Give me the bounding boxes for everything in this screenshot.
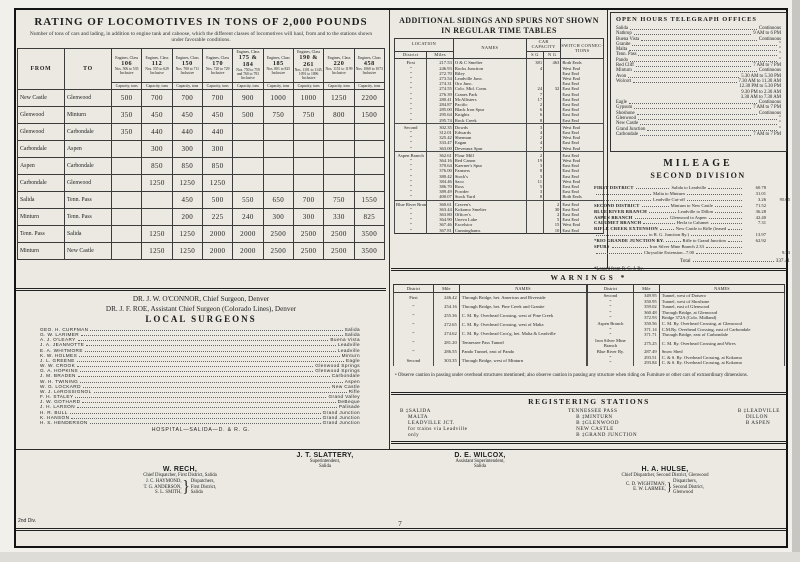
warning-name: C. M. Ry. Overhead Crossing, west of Mal… (459, 320, 586, 329)
capacity-cell: 300 (172, 140, 202, 157)
telegraph-entry: Carbondale7 AM to 7 PM (616, 132, 781, 137)
dispatchers-second: C. D. WIGHTMAN,E. W. LARMEE,}Dispatchers… (545, 479, 785, 496)
warning-mile: 255.36 (433, 311, 459, 320)
siding-row: Aspen Branch362.61Flour Mill2East End (395, 151, 604, 158)
office-hours: 7.30 AM to 11.30 AM12.30 PM to 5.30 PM9.… (739, 79, 781, 100)
capacity-cell: 700 (202, 89, 232, 106)
siding-cell: 381 (526, 59, 543, 66)
siding-cell (544, 123, 561, 130)
station-name: Wolcott (616, 79, 631, 84)
station-cell: Salida (65, 225, 112, 242)
siding-row: Second302.35Dowds3West End (395, 123, 604, 130)
loco-row: GlenwoodCarbondale350440440440 (18, 123, 385, 140)
capacity-cell (324, 157, 354, 174)
station-cell: Carbondale (65, 123, 112, 140)
siding-cell: Dowds (453, 123, 526, 130)
warning-district: ” (394, 330, 434, 339)
registering-bottom-rule (391, 441, 787, 444)
siding-cell: Both Ends (561, 59, 604, 66)
siding-cell: 367.81 (427, 228, 453, 234)
siding-district: ” (395, 228, 427, 234)
chief-dispatcher-second-name: H. A. HULSE, (545, 466, 785, 473)
asst-superintendent-place: Salida (400, 464, 560, 469)
capacity-cell: 700 (142, 89, 172, 106)
capacity-cell (354, 123, 384, 140)
engine-class-header: Engines, Class112Nos. 555 to 629 Inclusi… (142, 49, 172, 83)
capacity-cell: 450 (142, 106, 172, 123)
capacity-cell (293, 174, 323, 191)
capacity-subheader: Capacity, tons (293, 82, 323, 89)
engine-class-number: 106 (112, 60, 141, 67)
siding-row: ”367.81Cunninghams10East End (395, 228, 604, 234)
registering-station: only (400, 432, 467, 438)
capacity-cell: 500 (202, 191, 232, 208)
registering-station: B ‡GRAND JUNCTION (568, 432, 637, 438)
warning-row: ”272.65C. M. Ry. Overhead Crossing, west… (394, 320, 587, 329)
registering-col1: B ‡SALIDAMALTALEADVILLE JCT.for trains v… (400, 408, 467, 438)
capacity-cell: 500 (233, 106, 263, 123)
capacity-cell: 2500 (263, 225, 293, 242)
capacity-cell: 2000 (202, 225, 232, 242)
engine-numbers: Nos. 1151 to 1199 Inclusive (324, 67, 353, 75)
chief-dispatcher-first-name: W. RECH, (70, 466, 290, 473)
scan-edge-bottom (0, 552, 800, 562)
mileage-total-value: 337.41 (776, 258, 790, 264)
capacity-cell: 300 (293, 208, 323, 225)
capacity-cell: 800 (324, 106, 354, 123)
warn-mile-header: Mile (433, 285, 459, 293)
warning-name: C. M. Ry. Overhead Crossing, west of Pin… (459, 311, 586, 320)
local-surgeons-title: LOCAL SURGEONS (20, 314, 382, 324)
siding-cell: 2 (544, 200, 561, 207)
warning-district: ” (394, 311, 434, 320)
capacity-cell: 2500 (293, 225, 323, 242)
capacity-cell (112, 191, 142, 208)
warn-district-header: District (588, 285, 634, 293)
station-cell: New Castle (18, 89, 65, 106)
capacity-subheader: Capacity, tons (354, 82, 384, 89)
capacity-cell: 500 (112, 89, 142, 106)
capacity-cell: 225 (202, 208, 232, 225)
warning-mile: 254.16 (433, 302, 459, 311)
capacity-cell (112, 242, 142, 259)
capacity-subheader: Capacity, tons (324, 82, 354, 89)
capacity-cell: 750 (293, 106, 323, 123)
engine-numbers: Nos. 1101 to 1145, 1091 to 1096 Inclusiv… (294, 68, 323, 81)
capacity-cell (263, 174, 293, 191)
siding-cell: 2 (526, 151, 543, 158)
capacity-cell (324, 140, 354, 157)
engine-class-header: Engines, Class175 & 184Nos. 750 to 759 a… (233, 49, 263, 83)
mileage-title: MILEAGE (608, 158, 788, 169)
warning-name: Through Bridge, west of Minturn (459, 357, 586, 366)
siding-cell: 10 (544, 228, 561, 234)
warning-row: ”286.55Pando Tunnel, east of Pando (394, 348, 587, 357)
capacity-cell: 2000 (202, 242, 232, 259)
capacity-cell: 2500 (324, 225, 354, 242)
warning-district: Iron Silver Mine Branch (588, 338, 634, 349)
mileage-footnote: *Leased from R. G. J. Ry. (594, 267, 790, 272)
warning-row: ”293.84C. & S. Ry. Overhead Crossing, at… (588, 360, 785, 366)
dispatchers-first: J. C. HAYMOND,T. G. ANDERSON,S. L. SMITH… (70, 479, 290, 496)
siding-row: First217.53O & C Smelter381463Both Ends (395, 59, 604, 66)
sidings-title-line2: IN REGULAR TIME TABLES (392, 26, 606, 36)
station-cell: Minturn (65, 106, 112, 123)
capacity-cell: 440 (142, 123, 172, 140)
capacity-cell: 2500 (263, 242, 293, 259)
mileage-subtotal: 9.33 (766, 250, 790, 256)
capacity-cell: 3500 (354, 225, 384, 242)
station-cell: Glenwood (65, 89, 112, 106)
capacity-cell (112, 140, 142, 157)
capacity-cell: 700 (172, 89, 202, 106)
capacity-cell: 200 (172, 208, 202, 225)
surgeon-row: H. S. HENDERSONGrand Junction (40, 420, 360, 425)
ng-header: N G (544, 51, 561, 59)
registering-station: B ASPEN (738, 420, 780, 426)
loco-row: MinturnTenn. Pass200225240300300330825 (18, 208, 385, 225)
capacity-cell (293, 157, 323, 174)
warnings-table: District Mile NAMES First246.42Through B… (393, 284, 785, 366)
capacity-cell (112, 157, 142, 174)
mileage-subtitle: SECOND DIVISION (608, 171, 788, 180)
scan-edge-right (792, 0, 800, 562)
loco-header-row1: FROM TO Engines, Class106Nos. 506 to 535… (18, 49, 385, 83)
capacity-cell: 330 (324, 208, 354, 225)
warning-row: ”255.36C. M. Ry. Overhead Crossing, west… (394, 311, 587, 320)
loco-row: MinturnNew Castle12501250200020002500250… (18, 242, 385, 259)
capacity-subheader: Capacity, tons (172, 82, 202, 89)
capacity-cell (293, 123, 323, 140)
office-hours: 7 AM to 7 PM (753, 132, 781, 137)
engine-class-number: 185 (264, 60, 293, 67)
station-cell: Tenn. Pass (65, 208, 112, 225)
station-cell: Glenwood (18, 123, 65, 140)
warning-name: Pando Tunnel, east of Pando (459, 348, 586, 357)
siding-cell: Cunninghams (453, 228, 526, 234)
warning-district: First (394, 293, 434, 303)
station-cell: Glenwood (65, 174, 112, 191)
warning-row: ”254.16Through Bridge, bet. Pine Creek a… (394, 302, 587, 311)
capacity-cell: 850 (202, 157, 232, 174)
capacity-cell: 2500 (324, 242, 354, 259)
station-name: Carbondale (616, 132, 638, 137)
capacity-cell: 3500 (354, 242, 384, 259)
warning-name: Through Bridge, bet. Pine Creek and Gran… (459, 302, 586, 311)
station-cell: Tenn. Pass (65, 191, 112, 208)
capacity-cell: 1000 (293, 89, 323, 106)
warnings-title: WARNINGS * (391, 273, 787, 282)
chief-dispatcher-first-role: Chief Dispatcher, First District, Salida (70, 473, 290, 478)
capacity-subheader: Capacity, tons (202, 82, 232, 89)
siding-cell: O & C Smelter (453, 59, 526, 66)
warnings-right-body: Second349.95Tunnel, west of Dotsero”350.… (588, 293, 785, 366)
siding-district: First (395, 59, 427, 66)
capacity-cell (233, 123, 263, 140)
warning-mile: 286.55 (433, 348, 459, 357)
capacity-cell (112, 225, 142, 242)
capacity-cell (233, 140, 263, 157)
telegraph-entry: Wolcott7.30 AM to 11.30 AM12.30 PM to 5.… (616, 79, 781, 100)
siding-cell: 3 (526, 123, 543, 130)
switch-header: SWITCH CONNEC- TIONS (561, 39, 604, 59)
mileage-row: Chrysolite Extension...7.009.33 (594, 250, 790, 256)
chief-dispatcher-first-block: W. RECH, Chief Dispatcher, First Distric… (70, 466, 290, 496)
sidings-body: First217.53O & C Smelter381463Both Ends”… (395, 59, 604, 234)
warnings-right-table: District Mile NAMES Second349.95Tunnel, … (587, 284, 785, 366)
mileage-subtotal: 95.05 (766, 197, 790, 203)
surgeon-name: H. S. HENDERSON (40, 420, 88, 425)
miles-header: Miles (427, 51, 453, 59)
capacity-cell: 300 (142, 140, 172, 157)
warning-district: ” (394, 339, 434, 348)
warning-name: Through Bridge, bet. Americus and Rivers… (459, 293, 586, 303)
warnings-left-body: First246.42Through Bridge, bet. Americus… (394, 293, 587, 366)
capacity-cell: 1250 (172, 174, 202, 191)
siding-cell: 360.61 (427, 200, 453, 207)
to-header: TO (65, 49, 112, 90)
engine-class-number: 150 (173, 60, 202, 67)
capacity-cell: 1500 (354, 106, 384, 123)
warning-mile: 246.42 (433, 293, 459, 303)
capacity-cell: 1250 (142, 242, 172, 259)
capacity-cell (112, 208, 142, 225)
engine-class-header: Engines, Class220Nos. 1151 to 1199 Inclu… (324, 49, 354, 83)
capacity-subheader: Capacity, tons (263, 82, 293, 89)
station-cell: New Castle (65, 242, 112, 259)
warn-mile-header: Mile (633, 285, 659, 293)
capacity-subheader: Capacity, tons (233, 82, 263, 89)
capacity-cell: 650 (263, 191, 293, 208)
warning-mile: 281.20 (433, 339, 459, 348)
asst-superintendent-name: D. E. WILCOX, (400, 452, 560, 459)
warning-mile: 275.25 (633, 338, 659, 349)
capacity-cell: 1550 (354, 191, 384, 208)
warning-row: Second303.35Through Bridge, west of Mint… (394, 357, 587, 366)
footer-rule (16, 528, 786, 531)
telegraph-list: SalidaContinuousNathrop9 AM to 6 PMBuena… (616, 26, 781, 137)
loco-table-subtitle: Number of tons of cars and lading, in ad… (26, 31, 376, 43)
siding-row: Blue River Branch360.61Craven's2East End (395, 200, 604, 207)
warning-name: C. & S. Ry. Overhead Crossing, at Kokomo (659, 360, 784, 366)
registering-top-rule (391, 392, 787, 395)
capacity-cell (263, 123, 293, 140)
capacity-cell: 300 (263, 208, 293, 225)
station-cell: Minturn (18, 208, 65, 225)
capacity-cell: 2000 (233, 225, 263, 242)
telegraph-title: OPEN HOURS TELEGRAPH OFFICES (616, 16, 781, 23)
siding-district: Aspen Branch (395, 151, 427, 158)
names-header: NAMES (453, 39, 526, 59)
brace-glyph: } (183, 478, 190, 497)
capacity-cell: 550 (233, 191, 263, 208)
mileage-total-row: Total 337.41 (594, 258, 790, 264)
warnings-footnote: • Observe caution in passing under overh… (395, 373, 783, 379)
registering-columns: B ‡SALIDAMALTALEADVILLE JCT.for trains v… (400, 408, 780, 438)
warning-mile: 293.84 (633, 360, 659, 366)
mileage-total-label: Total (680, 258, 691, 264)
engine-numbers: Nos. 506 to 535 Inclusive (112, 67, 141, 75)
mileage-miles: 7.31 (744, 220, 766, 226)
capacity-cell: 2000 (233, 242, 263, 259)
dispatcher-labels: Dispatchers,Second District,Glenwood (673, 479, 704, 496)
engine-numbers: Nos. 555 to 629 Inclusive (142, 67, 171, 75)
engine-class-header: Engines, Class170Nos. 720 to 729 Inclusi… (202, 49, 232, 83)
sidings-table: LOCATION NAMES CAR CAPACITY SWITCH CONNE… (394, 38, 604, 234)
warning-district: ” (394, 348, 434, 357)
station-cell: Aspen (18, 157, 65, 174)
locomotive-rating-table: FROM TO Engines, Class106Nos. 506 to 535… (17, 48, 385, 260)
siding-cell: West End (561, 123, 604, 130)
mileage-list: FIRST DISTRICTSalida to Leadville60.78Ma… (594, 185, 790, 272)
chief-dispatcher-second-role: Chief Dispatcher, Second District, Glenw… (545, 473, 785, 478)
siding-cell (526, 228, 543, 234)
capacity-cell: 450 (172, 106, 202, 123)
station-cell: Glenwood (18, 106, 65, 123)
capacity-cell (142, 208, 172, 225)
station-cell: Aspen (65, 140, 112, 157)
warn-district-header: District (394, 285, 434, 293)
capacity-cell (324, 174, 354, 191)
dispatcher-name: J. C. HAYMOND, (144, 479, 182, 485)
siding-cell (544, 151, 561, 158)
loco-row: CarbondaleAspen300300300 (18, 140, 385, 157)
engine-class-number: 112 (142, 60, 171, 67)
engine-numbers: Nos. 801 to 825 Inclusive (264, 67, 293, 75)
capacity-cell: 350 (112, 106, 142, 123)
capacity-cell: 1250 (202, 174, 232, 191)
capacity-cell (324, 123, 354, 140)
siding-cell: Craven's (453, 200, 526, 207)
capacity-cell: 1250 (324, 89, 354, 106)
siding-cell: 217.53 (427, 59, 453, 66)
capacity-cell: 850 (142, 157, 172, 174)
station-cell: Carbondale (65, 157, 112, 174)
hospital-line: HOSPITAL—SALIDA—D. & R. G. (20, 427, 382, 433)
capacity-cell: 440 (202, 123, 232, 140)
station-cell: Carbondale (18, 140, 65, 157)
assistant-chief-surgeon: DR. J. F. ROE, Assistant Chief Surgeon (… (20, 305, 382, 313)
warning-district: ” (394, 302, 434, 311)
capacity-cell: 440 (172, 123, 202, 140)
loco-row: Tenn. PassSalida125012502000200025002500… (18, 225, 385, 242)
from-header: FROM (18, 49, 65, 90)
loco-row: GlenwoodMinturn3504504504505007507508001… (18, 106, 385, 123)
capacity-subheader: Capacity, tons (142, 82, 172, 89)
warning-mile: 272.65 (433, 320, 459, 329)
warnings-left-table: District Mile NAMES First246.42Through B… (393, 284, 587, 366)
registering-title: REGISTERING STATIONS (391, 397, 787, 406)
capacity-cell (112, 174, 142, 191)
dispatcher-name: S. L. SMITH, (144, 490, 182, 496)
loco-table-bottom-rule (16, 288, 386, 291)
capacity-subheader: Capacity, tons (112, 82, 142, 89)
warning-mile: 303.35 (433, 357, 459, 366)
warning-district: ” (394, 320, 434, 329)
capacity-cell: 1250 (142, 174, 172, 191)
siding-district: Second (395, 123, 427, 130)
warning-name: C. M. Ry. Overhead Crossing and Wires (659, 338, 784, 349)
capacity-cell: 300 (202, 140, 232, 157)
loco-row: CarbondaleGlenwood125012501250 (18, 174, 385, 191)
engine-class-number: 458 (355, 60, 384, 67)
engine-numbers: Nos. 1060 to 1073 Inclusive (355, 67, 384, 75)
capacity-cell: 350 (112, 123, 142, 140)
station-cell: Minturn (18, 242, 65, 259)
capacity-cell: 750 (324, 191, 354, 208)
station-cell: Salida (18, 191, 65, 208)
chief-dispatcher-second-block: H. A. HULSE, Chief Dispatcher, Second Di… (545, 466, 785, 496)
capacity-cell: 1250 (172, 242, 202, 259)
loco-row: AspenCarbondale850850850 (18, 157, 385, 174)
capacity-cell (263, 140, 293, 157)
capacity-cell: 700 (293, 191, 323, 208)
engine-class-header: Engines, Class106Nos. 506 to 535 Inclusi… (112, 49, 142, 83)
warning-row: ”281.20Tennessee Pass Tunnel (394, 339, 587, 348)
superintendent-name: J. T. SLATTERY, (250, 452, 400, 459)
capacity-cell: 900 (233, 89, 263, 106)
engine-class-number: 175 & 184 (233, 54, 262, 68)
district-header: District (395, 51, 427, 59)
capacity-cell: 450 (202, 106, 232, 123)
dispatcher-labels: Dispatchers,First District,Salida (191, 479, 217, 496)
siding-cell: Flour Mill (453, 151, 526, 158)
dispatcher-name: E. W. LARMEE, (626, 487, 666, 493)
capacity-cell: 825 (354, 208, 384, 225)
capacity-cell: 240 (233, 208, 263, 225)
capacity-cell: 2500 (293, 242, 323, 259)
telegraph-offices-box: OPEN HOURS TELEGRAPH OFFICES SalidaConti… (610, 12, 787, 152)
siding-cell: East End (561, 151, 604, 158)
warn-names-header: NAMES (659, 285, 784, 293)
sg-header: S G (526, 51, 543, 59)
dispatcher-names: J. C. HAYMOND,T. G. ANDERSON,S. L. SMITH… (144, 479, 182, 496)
capacity-cell (293, 140, 323, 157)
warning-district: ” (588, 360, 634, 366)
divider-officials (16, 449, 787, 450)
engine-class-number: 220 (324, 60, 353, 67)
capacity-cell: 450 (172, 191, 202, 208)
capacity-cell: 2200 (354, 89, 384, 106)
engine-numbers: Nos. 720 to 729 Inclusive (203, 67, 232, 75)
capacity-cell (263, 157, 293, 174)
registering-col2: TENNESSEE PASSB ‡MINTURNB ‡GLENWOODNEW C… (568, 408, 637, 438)
station-cell: Tenn. Pass (18, 225, 65, 242)
divider-vertical-left (389, 10, 390, 449)
loco-table-body: New CastleGlenwood5007007007009001000100… (18, 89, 385, 259)
capacity-cell: 850 (172, 157, 202, 174)
loco-row: New CastleGlenwood5007007007009001000100… (18, 89, 385, 106)
engine-class-number: 190 & 261 (294, 54, 323, 68)
capacity-cell (233, 157, 263, 174)
loco-table-title: RATING OF LOCOMOTIVES IN TONS OF 2,000 P… (20, 16, 382, 28)
warning-row: ”274.62C. M. Ry. Overhead Cros'g, bet. M… (394, 330, 587, 339)
warning-row: Iron Silver Mine Branch275.25C. M. Ry. O… (588, 338, 785, 349)
page-number: 7 (20, 520, 780, 528)
siding-cell (526, 200, 543, 207)
capacity-cell: 1250 (142, 225, 172, 242)
warning-name: Tennessee Pass Tunnel (459, 339, 586, 348)
sidings-title: ADDITIONAL SIDINGS AND SPURS NOT SHOWN I… (392, 16, 606, 35)
siding-cell: 463 (544, 59, 561, 66)
chief-surgeon: DR. J. W. O'CONNOR, Chief Surgeon, Denve… (20, 295, 382, 303)
warning-mile: 274.62 (433, 330, 459, 339)
capacity-cell (354, 140, 384, 157)
brace-glyph: } (667, 481, 672, 494)
warning-row: First246.42Through Bridge, bet. Americus… (394, 293, 587, 303)
capacity-cell: 750 (263, 106, 293, 123)
dispatcher-names: C. D. WIGHTMAN,E. W. LARMEE, (626, 482, 666, 493)
